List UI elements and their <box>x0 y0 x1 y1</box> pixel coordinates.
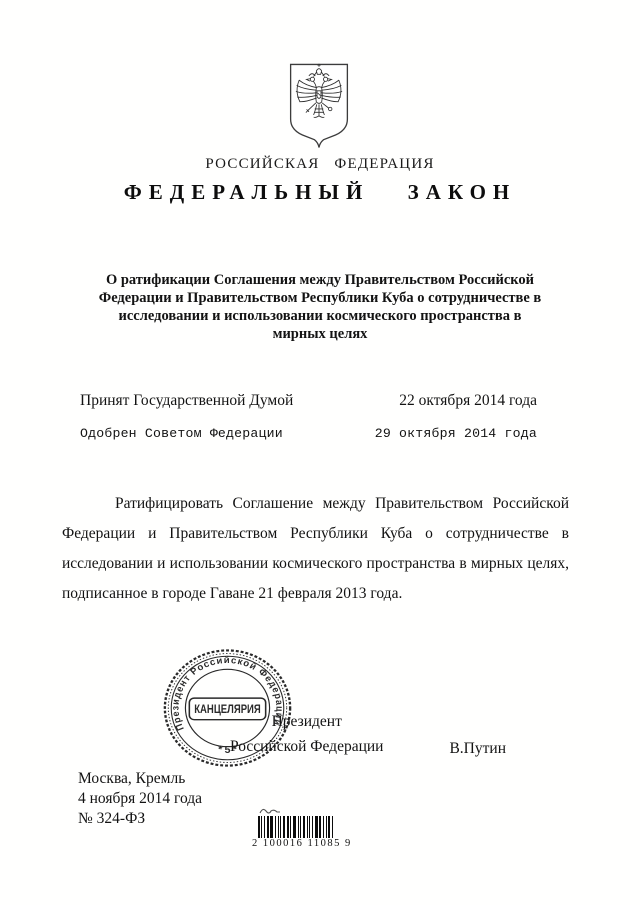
barcode: 2 100016 11085 9 <box>252 806 342 849</box>
doc-type-title: ФЕДЕРАЛЬНЫЙ ЗАКОН <box>0 180 640 205</box>
issuance-block: Москва, Кремль 4 ноября 2014 года № 324-… <box>78 769 202 829</box>
chancellery-stamp: Президент Российской Федерации * 5 * КАН… <box>159 645 296 771</box>
round-stamp-icon: Президент Российской Федерации * 5 * КАН… <box>159 645 296 771</box>
stamp-center-text: КАНЦЕЛЯРИЯ <box>194 702 261 715</box>
adopted-by-duma-row: Принят Государственной Думой 22 октября … <box>80 392 537 410</box>
approved-by-council-row: Одобрен Советом Федерации 29 октября 201… <box>80 424 537 441</box>
body-paragraph: Ратифицировать Соглашение между Правител… <box>62 489 569 609</box>
barcode-bars <box>258 816 336 838</box>
signatory-name: В.Путин <box>449 740 506 759</box>
country-name: РОССИЙСКАЯ ФЕДЕРАЦИЯ <box>0 156 640 173</box>
adoption-label: Одобрен Советом Федерации <box>80 426 283 441</box>
issuance-date: 4 ноября 2014 года <box>78 789 202 809</box>
coat-of-arms <box>286 62 352 150</box>
law-number: № 324-ФЗ <box>78 809 202 829</box>
document-page: РОССИЙСКАЯ ФЕДЕРАЦИЯ ФЕДЕРАЛЬНЫЙ ЗАКОН О… <box>0 0 640 905</box>
stamp-bottom-text: * 5 * <box>217 744 239 756</box>
law-title: О ратификации Соглашения между Правитель… <box>96 271 544 343</box>
adoption-block: Принят Государственной Думой 22 октября … <box>80 392 537 441</box>
barcode-digits: 2 100016 11085 9 <box>252 838 342 849</box>
pen-mark-icon <box>258 806 282 816</box>
adoption-date: 29 октября 2014 года <box>375 426 537 441</box>
adoption-label: Принят Государственной Думой <box>80 392 293 410</box>
adoption-date: 22 октября 2014 года <box>399 392 537 410</box>
double-headed-eagle-icon <box>286 62 352 150</box>
svg-text:* 5 *: * 5 * <box>217 744 239 756</box>
issuance-place: Москва, Кремль <box>78 769 202 789</box>
